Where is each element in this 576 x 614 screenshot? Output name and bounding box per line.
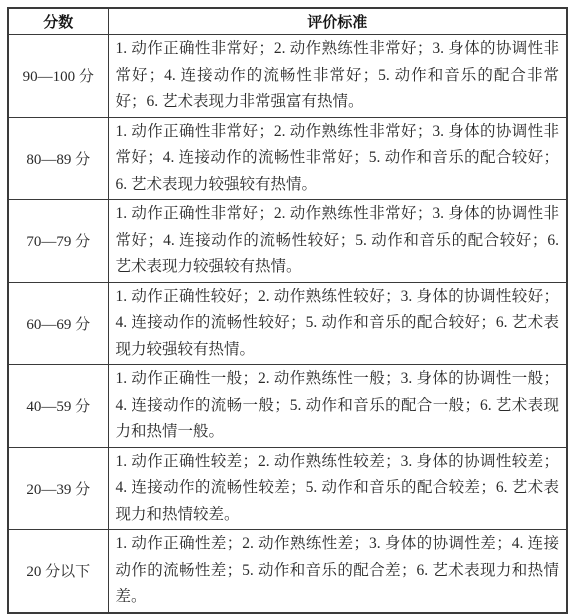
criteria-cell: 1. 动作正确性较差；2. 动作熟练性较差；3. 身体的协调性较差；4. 连接动…	[108, 447, 567, 530]
table-row: 20—39 分 1. 动作正确性较差；2. 动作熟练性较差；3. 身体的协调性较…	[8, 447, 567, 530]
score-cell: 20 分以下	[8, 530, 108, 613]
table-row: 20 分以下 1. 动作正确性差；2. 动作熟练性差；3. 身体的协调性差；4.…	[8, 530, 567, 613]
criteria-cell: 1. 动作正确性非常好；2. 动作熟练性非常好；3. 身体的协调性非常好；4. …	[108, 117, 567, 200]
criteria-cell: 1. 动作正确性差；2. 动作熟练性差；3. 身体的协调性差；4. 连接动作的流…	[108, 530, 567, 613]
criteria-cell: 1. 动作正确性非常好；2. 动作熟练性非常好；3. 身体的协调性非常好；4. …	[108, 200, 567, 283]
score-cell: 20—39 分	[8, 447, 108, 530]
score-cell: 90—100 分	[8, 35, 108, 118]
document-page: 分数 评价标准 90—100 分 1. 动作正确性非常好；2. 动作熟练性非常好…	[0, 0, 576, 603]
score-cell: 80—89 分	[8, 117, 108, 200]
score-column-header: 分数	[8, 8, 108, 35]
table-row: 70—79 分 1. 动作正确性非常好；2. 动作熟练性非常好；3. 身体的协调…	[8, 200, 567, 283]
score-cell: 70—79 分	[8, 200, 108, 283]
criteria-cell: 1. 动作正确性一般；2. 动作熟练性一般；3. 身体的协调性一般；4. 连接动…	[108, 365, 567, 448]
table-row: 90—100 分 1. 动作正确性非常好；2. 动作熟练性非常好；3. 身体的协…	[8, 35, 567, 118]
table-row: 80—89 分 1. 动作正确性非常好；2. 动作熟练性非常好；3. 身体的协调…	[8, 117, 567, 200]
score-cell: 60—69 分	[8, 282, 108, 365]
criteria-cell: 1. 动作正确性非常好；2. 动作熟练性非常好；3. 身体的协调性非常好；4. …	[108, 35, 567, 118]
criteria-column-header: 评价标准	[108, 8, 567, 35]
table-row: 40—59 分 1. 动作正确性一般；2. 动作熟练性一般；3. 身体的协调性一…	[8, 365, 567, 448]
table-row: 60—69 分 1. 动作正确性较好；2. 动作熟练性较好；3. 身体的协调性较…	[8, 282, 567, 365]
grading-rubric-table: 分数 评价标准 90—100 分 1. 动作正确性非常好；2. 动作熟练性非常好…	[7, 7, 568, 614]
criteria-cell: 1. 动作正确性较好；2. 动作熟练性较好；3. 身体的协调性较好；4. 连接动…	[108, 282, 567, 365]
score-cell: 40—59 分	[8, 365, 108, 448]
header-row: 分数 评价标准	[8, 8, 567, 35]
